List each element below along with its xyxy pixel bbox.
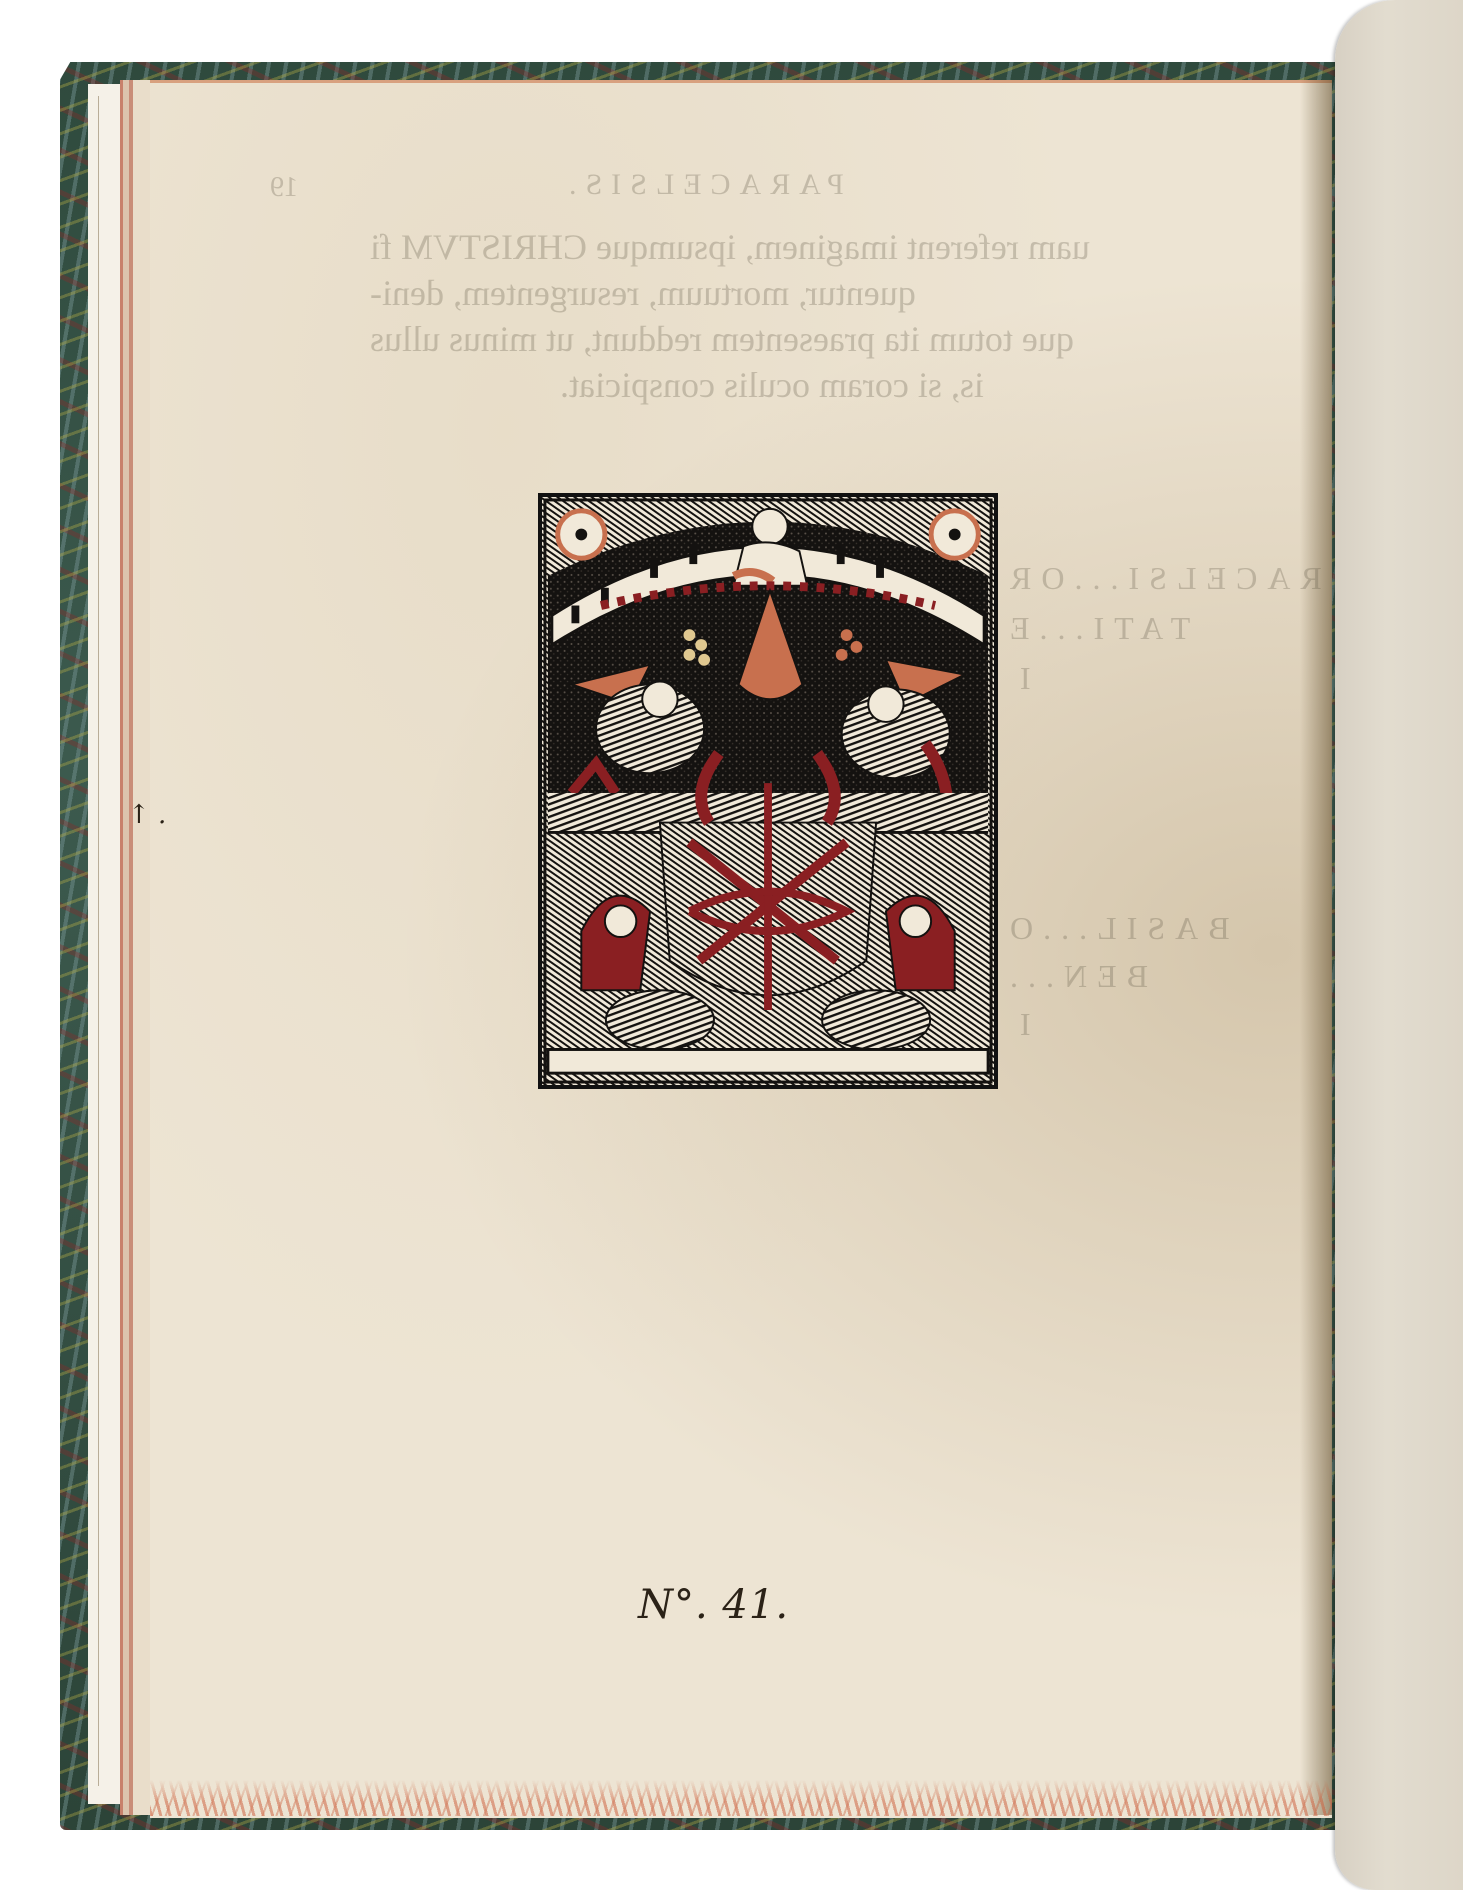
show-through-title: I <box>1010 660 1031 697</box>
show-through-line: que totum ita praesentem reddunt, ut min… <box>370 318 1074 360</box>
show-through-header: PARACELSIS. <box>560 168 844 202</box>
show-through-line: is, si coram oculis conspiciat. <box>560 364 984 406</box>
show-through-imprint: BEN... <box>1000 958 1148 995</box>
show-through-title: PARACELSI...OR <box>1000 560 1380 597</box>
show-through-imprint: BASIL...O <box>1000 910 1230 947</box>
show-through-page-number: 19 <box>270 172 298 204</box>
show-through-imprint: I <box>1010 1006 1031 1043</box>
woodcut-illustration <box>542 497 994 1085</box>
facing-page <box>1335 0 1463 1890</box>
flyleaf-rule <box>98 96 99 1786</box>
gutter-shadow <box>1300 80 1332 1815</box>
sprinkled-edge <box>150 1780 1332 1816</box>
show-through-line: uam referent imaginem, ipsumque CHRISTVM… <box>370 226 1090 268</box>
woodcut-printers-device <box>538 493 998 1089</box>
margin-pencil-mark: ↑ . <box>128 800 166 830</box>
show-through-title: TATI...E <box>1000 610 1190 647</box>
show-through-line: quentur, mortuum, resurgentem, deni- <box>370 272 916 314</box>
handwritten-inscription: N°. 41. <box>638 1582 789 1628</box>
